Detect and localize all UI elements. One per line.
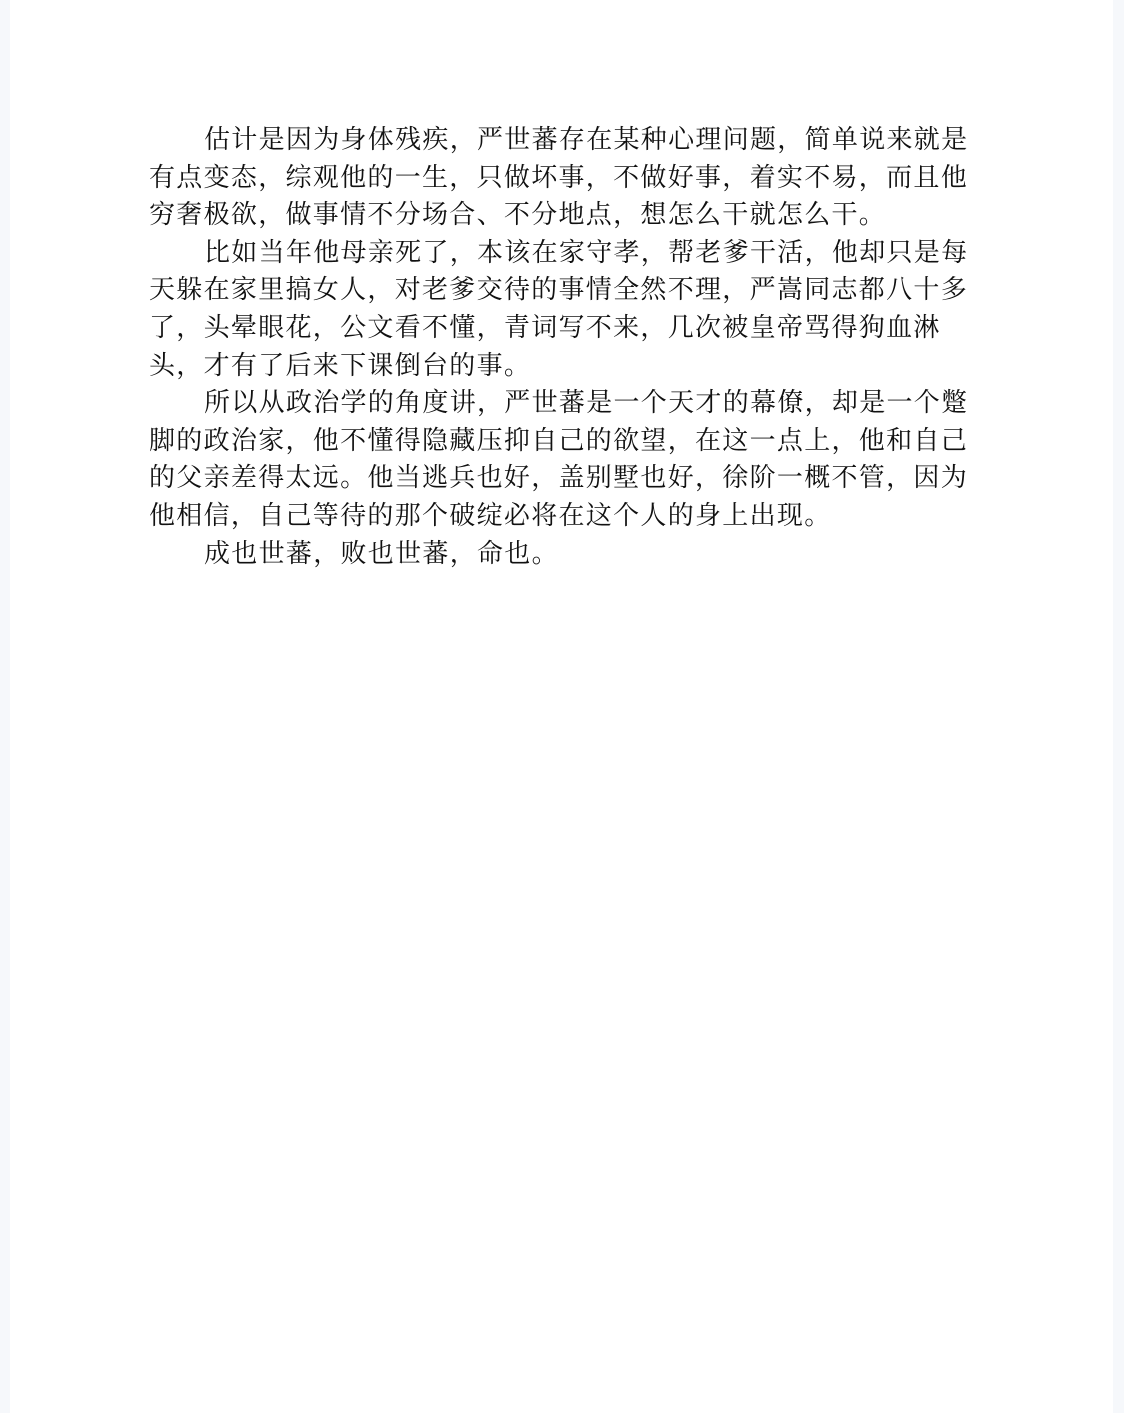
- paragraph-3: 所以从政治学的角度讲，严世蕃是一个天才的幕僚，却是一个蹩 脚的政治家，他不懂得隐…: [149, 385, 989, 535]
- text-line: 了，头晕眼花，公文看不懂，青词写不来，几次被皇帝骂得狗血淋: [149, 310, 989, 348]
- text-line: 有点变态，综观他的一生，只做坏事，不做好事，着实不易，而且他: [149, 160, 989, 198]
- text-line: 他相信，自己等待的那个破绽必将在这个人的身上出现。: [149, 498, 989, 536]
- document-page: 估计是因为身体残疾，严世蕃存在某种心理问题，简单说来就是 有点变态，综观他的一生…: [10, 0, 1113, 1413]
- text-line: 脚的政治家，他不懂得隐藏压抑自己的欲望，在这一点上，他和自己: [149, 423, 989, 461]
- text-line: 的父亲差得太远。他当逃兵也好，盖别墅也好，徐阶一概不管，因为: [149, 460, 989, 498]
- text-line: 比如当年他母亲死了，本该在家守孝，帮老爹干活，他却只是每: [149, 235, 989, 273]
- text-line: 穷奢极欲，做事情不分场合、不分地点，想怎么干就怎么干。: [149, 197, 989, 235]
- text-line: 所以从政治学的角度讲，严世蕃是一个天才的幕僚，却是一个蹩: [149, 385, 989, 423]
- paragraph-2: 比如当年他母亲死了，本该在家守孝，帮老爹干活，他却只是每 天躲在家里搞女人，对老…: [149, 235, 989, 385]
- document-body: 估计是因为身体残疾，严世蕃存在某种心理问题，简单说来就是 有点变态，综观他的一生…: [149, 122, 989, 573]
- paragraph-4: 成也世蕃，败也世蕃，命也。: [149, 536, 989, 574]
- text-line: 估计是因为身体残疾，严世蕃存在某种心理问题，简单说来就是: [149, 122, 989, 160]
- paragraph-1: 估计是因为身体残疾，严世蕃存在某种心理问题，简单说来就是 有点变态，综观他的一生…: [149, 122, 989, 235]
- text-line: 成也世蕃，败也世蕃，命也。: [149, 536, 989, 574]
- text-line: 天躲在家里搞女人，对老爹交待的事情全然不理，严嵩同志都八十多: [149, 272, 989, 310]
- text-line: 头，才有了后来下课倒台的事。: [149, 348, 989, 386]
